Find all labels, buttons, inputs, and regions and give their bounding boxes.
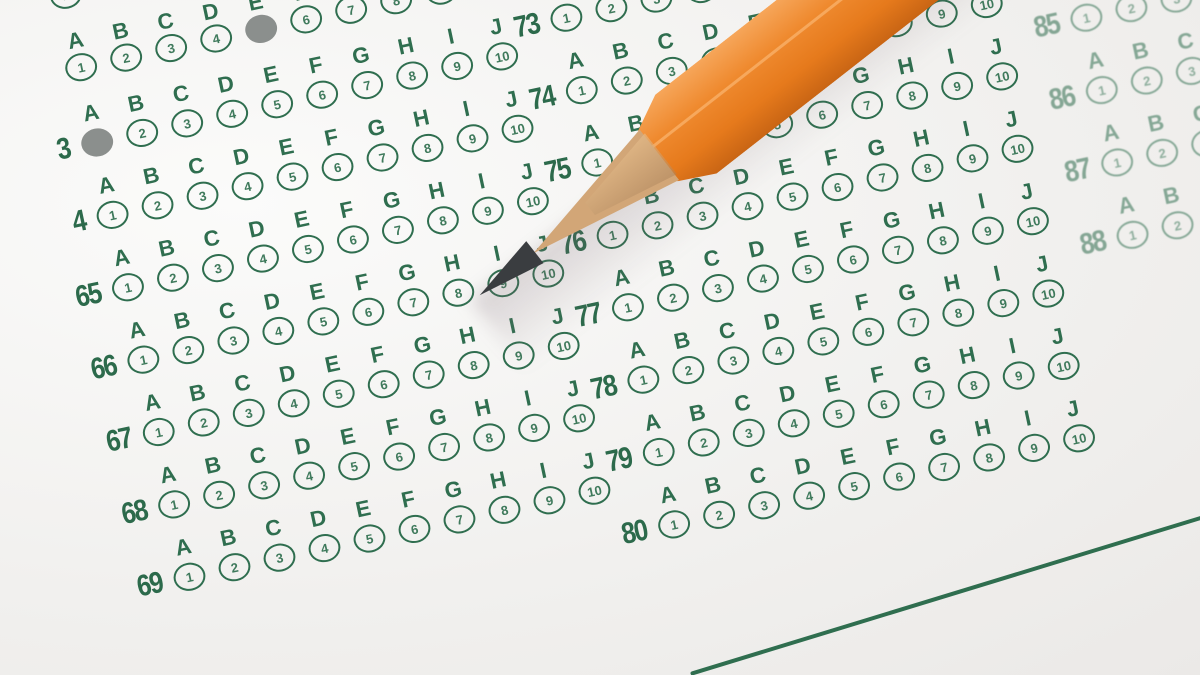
answer-bubble[interactable]: 1 [94, 198, 131, 232]
question-number: 85 [1019, 7, 1063, 48]
answer-bubble[interactable]: 10 [984, 59, 1021, 93]
answer-bubble[interactable]: 3 [638, 0, 675, 16]
answer-bubble[interactable]: 1 [1068, 1, 1105, 35]
answer-bubble[interactable]: 6 [834, 242, 871, 276]
answer-bubble[interactable]: 10 [1061, 421, 1098, 455]
answer-bubble[interactable]: 1 [1114, 218, 1151, 252]
answer-bubble[interactable]: 1 [171, 560, 208, 594]
answer-bubble[interactable]: 2 [124, 116, 161, 150]
answer-bubble[interactable]: 3 [230, 396, 267, 430]
answer-bubble[interactable]: 2 [593, 0, 630, 25]
answer-bubble[interactable]: 1 [656, 507, 693, 541]
answer-bubble[interactable]: 2 [654, 281, 691, 315]
answer-bubble[interactable]: 3 [261, 541, 298, 575]
answer-bubble[interactable]: 4 [275, 386, 312, 420]
answer-bubble[interactable]: 5 [774, 180, 811, 214]
answer-bubble[interactable]: 10 [1045, 349, 1082, 383]
answer-bubble[interactable]: 9 [423, 0, 460, 8]
answer-bubble[interactable]: 2 [108, 41, 145, 75]
answer-bubble[interactable]: 7 [333, 0, 370, 27]
answer-bubble[interactable]: 6 [381, 440, 418, 474]
answer-bubble[interactable]: 1 [1099, 145, 1136, 179]
answer-bubble[interactable]: 2 [1113, 0, 1150, 25]
answer-bubble[interactable]: 6 [819, 170, 856, 204]
answer-bubble[interactable]: 4 [744, 262, 781, 296]
answer-bubble[interactable]: 5 [289, 232, 326, 266]
answer-bubble[interactable]: 1 [79, 125, 116, 159]
question-number: 74 [514, 79, 558, 120]
answer-bubble[interactable]: 2 [1159, 208, 1196, 242]
answer-bubble[interactable]: 4 [683, 0, 720, 6]
answer-bubble[interactable]: 5 [351, 522, 388, 556]
answer-bubble[interactable]: 8 [455, 348, 492, 382]
answer-bubble[interactable]: 10 [999, 132, 1036, 166]
answer-bubble[interactable]: 3 [169, 106, 206, 140]
answer-bubble[interactable]: 5 [836, 469, 873, 503]
question-number [17, 73, 54, 81]
answer-bubble[interactable]: 9 [969, 214, 1006, 248]
answer-bubble[interactable]: 6 [334, 222, 371, 256]
answer-bubble[interactable]: 8 [894, 79, 931, 113]
answer-bubble[interactable]: 1 [156, 487, 193, 521]
answer-bubble[interactable]: 4 [291, 459, 328, 493]
answer-bubble[interactable]: 6 [365, 367, 402, 401]
answer-bubble[interactable]: 4 [306, 531, 343, 565]
answer-bubble[interactable]: 2 [670, 353, 707, 387]
answer-bubble[interactable]: 6 [850, 315, 887, 349]
question-number: 79 [591, 441, 635, 482]
answer-bubble[interactable]: 8 [924, 223, 961, 257]
answer-bubble[interactable]: 3 [699, 271, 736, 305]
question-number: 73 [499, 7, 543, 48]
answer-bubble[interactable]: 3 [246, 468, 283, 502]
answer-bubble[interactable]: 1 [625, 363, 662, 397]
answer-bubble[interactable]: 7 [441, 502, 478, 536]
answer-bubble[interactable]: 8 [955, 368, 992, 402]
answer-bubble[interactable]: 5 [274, 160, 311, 194]
answer-bubble[interactable]: 3 [153, 31, 190, 65]
answer-bubble[interactable]: 8 [424, 203, 461, 237]
answer-bubble[interactable]: 3 [715, 343, 752, 377]
answer-bubble[interactable]: 5 [820, 397, 857, 431]
answer-bubble[interactable]: 2 [139, 188, 176, 222]
question-number: 4 [45, 204, 89, 245]
answer-bubble[interactable]: 4 [198, 21, 235, 55]
answer-bubble[interactable]: 1 [140, 415, 177, 449]
answer-bubble[interactable]: 8 [440, 276, 477, 310]
answer-bubble[interactable]: 8 [971, 440, 1008, 474]
question-number [2, 1, 39, 9]
answer-bubble[interactable]: 3 [730, 416, 767, 450]
answer-bubble[interactable]: 4 [775, 406, 812, 440]
answer-bubble[interactable]: 4 [244, 242, 281, 276]
answer-bubble[interactable]: 7 [879, 233, 916, 267]
answer-bubble[interactable]: 7 [426, 430, 463, 464]
answer-bubble[interactable]: 2 [1144, 136, 1181, 170]
answer-bubble[interactable]: 8 [471, 420, 508, 454]
question-number: 78 [576, 369, 620, 410]
question-number: 68 [106, 494, 150, 535]
answer-bubble[interactable]: 8 [378, 0, 415, 17]
answer-bubble[interactable]: 9 [454, 121, 491, 155]
question-number: 65 [60, 277, 104, 318]
answer-bubble[interactable]: 5 [805, 324, 842, 358]
answer-bubble[interactable]: 6 [319, 150, 356, 184]
answer-bubble[interactable]: 7 [364, 140, 401, 174]
answer-bubble[interactable]: 1 [563, 73, 600, 107]
answer-bubble[interactable]: 8 [940, 296, 977, 330]
question-number: 87 [1049, 152, 1093, 193]
answer-bubble[interactable]: 4 [214, 97, 251, 131]
answer-bubble[interactable]: 2 [92, 0, 129, 2]
answer-bubble[interactable]: 5 [336, 449, 373, 483]
answer-bubble[interactable]: 5 [243, 12, 280, 46]
answer-bubble[interactable]: 2 [216, 550, 253, 584]
answer-bubble[interactable]: 9 [439, 49, 476, 83]
answer-bubble[interactable]: 8 [486, 493, 523, 527]
answer-bubble[interactable]: 8 [909, 151, 946, 185]
answer-bubble[interactable]: 4 [229, 169, 266, 203]
answer-bubble[interactable]: 1 [63, 50, 100, 84]
answer-bubble[interactable]: 6 [304, 78, 341, 112]
answer-bubble[interactable]: 9 [1016, 431, 1053, 465]
answer-bubble[interactable]: 2 [685, 425, 722, 459]
question-number: 80 [606, 514, 650, 555]
question-number: 66 [76, 349, 120, 390]
answer-bubble[interactable]: 2 [170, 333, 207, 367]
question-number: 3 [29, 132, 73, 173]
answer-bubble[interactable]: 2 [185, 405, 222, 439]
answer-bubble[interactable]: 1 [125, 343, 162, 377]
answer-bubble[interactable]: 4 [791, 479, 828, 513]
answer-bubble[interactable]: 5 [320, 377, 357, 411]
answer-bubble[interactable]: 3 [746, 488, 783, 522]
answer-bubble[interactable]: 9 [516, 411, 553, 445]
answer-bubble[interactable]: 7 [910, 378, 947, 412]
answer-bubble[interactable]: 9 [985, 286, 1022, 320]
answer-bubble[interactable]: 1 [640, 435, 677, 469]
answer-bubble[interactable]: 3 [1189, 126, 1200, 160]
answer-bubble[interactable]: 6 [881, 460, 918, 494]
answer-bubble[interactable]: 9 [954, 141, 991, 175]
answer-bubble[interactable]: 6 [865, 387, 902, 421]
answer-bubble[interactable]: 2 [1128, 64, 1165, 98]
answer-bubble[interactable]: 1 [1083, 73, 1120, 107]
answer-bubble[interactable]: 6 [288, 2, 325, 36]
answer-bubble[interactable]: 8 [409, 131, 446, 165]
answer-bubble[interactable]: 3 [215, 323, 252, 357]
answer-bubble[interactable]: 7 [895, 305, 932, 339]
answer-sheet: ABCDEFGHIJ12345678910ABCDEFGHIJ123456789… [0, 0, 1200, 675]
question-number: 88 [1065, 224, 1109, 265]
answer-bubble[interactable]: 5 [259, 87, 296, 121]
answer-bubble[interactable]: 3 [184, 179, 221, 213]
answer-bubble[interactable]: 3 [199, 251, 236, 285]
answer-bubble[interactable]: 9 [531, 483, 568, 517]
answer-bubble[interactable]: 4 [760, 334, 797, 368]
answer-bubble[interactable]: 5 [789, 252, 826, 286]
answer-bubble[interactable]: 7 [410, 358, 447, 392]
answer-bubble[interactable]: 2 [201, 478, 238, 512]
answer-bubble[interactable]: 1 [47, 0, 84, 12]
question-number: 86 [1034, 79, 1078, 120]
question-number: 69 [122, 566, 166, 607]
answer-bubble[interactable]: 9 [1000, 358, 1037, 392]
answer-bubble[interactable]: 7 [379, 213, 416, 247]
photo-scene: ABCDEFGHIJ12345678910ABCDEFGHIJ123456789… [0, 0, 1200, 675]
answer-bubble[interactable]: 6 [350, 295, 387, 329]
answer-bubble[interactable]: 9 [469, 194, 506, 228]
answer-bubble[interactable]: 7 [395, 285, 432, 319]
question-number: 67 [91, 421, 135, 462]
answer-bubble[interactable]: 10 [1014, 204, 1051, 238]
answer-bubble[interactable]: 2 [608, 64, 645, 98]
answer-bubble[interactable]: 7 [349, 68, 386, 102]
answer-bubble[interactable]: 1 [548, 1, 585, 35]
answer-bubble[interactable]: 9 [939, 69, 976, 103]
answer-bubble[interactable]: 8 [394, 59, 431, 93]
answer-bubble[interactable]: 5 [305, 304, 342, 338]
answer-bubble[interactable]: 3 [1158, 0, 1195, 16]
answer-bubble[interactable]: 7 [926, 450, 963, 484]
answer-bubble[interactable]: 3 [1173, 54, 1200, 88]
answer-bubble[interactable]: 2 [154, 261, 191, 295]
answer-bubble[interactable]: 6 [396, 512, 433, 546]
answer-bubble[interactable]: 4 [260, 314, 297, 348]
answer-bubble[interactable]: 7 [864, 160, 901, 194]
answer-bubble[interactable]: 1 [109, 270, 146, 304]
answer-bubble[interactable]: 10 [1030, 277, 1067, 311]
answer-bubble[interactable]: 2 [701, 498, 738, 532]
